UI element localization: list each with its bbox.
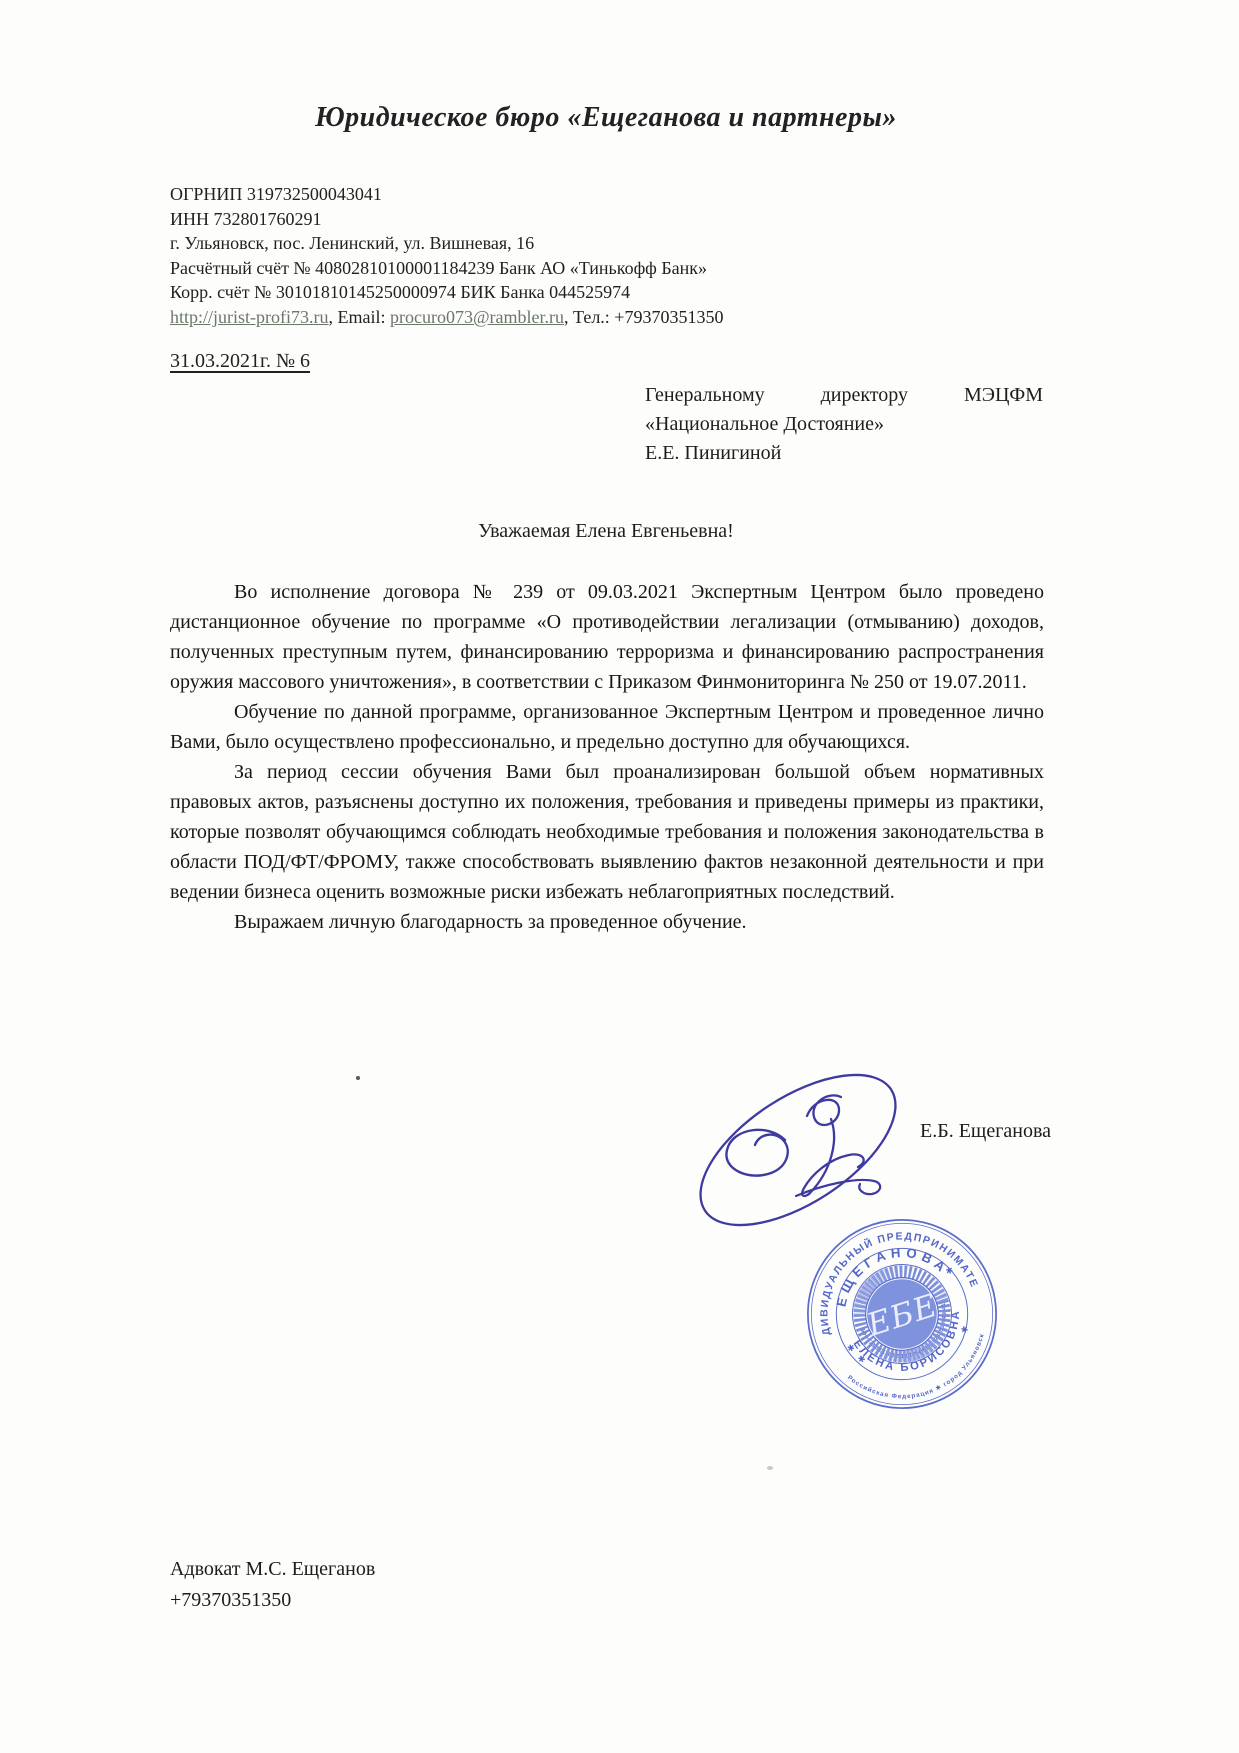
date-number-line: 31.03.2021г. № 6 bbox=[170, 350, 310, 373]
letterhead-inn: ИНН 732801760291 bbox=[170, 207, 930, 232]
stamp-star-3: ✱ bbox=[944, 1265, 954, 1277]
signatory-name: Е.Б. Ещеганова bbox=[920, 1120, 1051, 1143]
letterhead-address: г. Ульяновск, пос. Ленинский, ул. Вишнев… bbox=[170, 231, 930, 256]
website-link[interactable]: http://jurist-profi73.ru bbox=[170, 307, 328, 327]
salutation: Уважаемая Елена Евгеньевна! bbox=[170, 520, 1042, 543]
scan-artifact-dot bbox=[356, 1076, 360, 1080]
date-number-text: 31.03.2021г. № 6 bbox=[170, 350, 310, 372]
email-link[interactable]: procuro073@rambler.ru bbox=[390, 307, 564, 327]
footer-lawyer-name: Адвокат М.С. Ещеганов bbox=[170, 1554, 375, 1585]
letterhead-corr-account: Корр. счёт № 30101810145250000974 БИК Ба… bbox=[170, 280, 930, 305]
round-stamp: Российская Федерация ✱ город Ульяновск И… bbox=[804, 1216, 1000, 1412]
signature-top-curl bbox=[807, 1095, 841, 1125]
paragraph-1: Во исполнение договора № 239 от 09.03.20… bbox=[170, 577, 1044, 697]
email-label: , Email: bbox=[328, 307, 390, 327]
footer-phone: +79370351350 bbox=[170, 1585, 375, 1616]
scan-artifact-smudge bbox=[767, 1466, 773, 1470]
recipient-name: Е.Е. Пинигиной bbox=[645, 439, 1043, 468]
paragraph-4: Выражаем личную благодарность за проведе… bbox=[170, 907, 1044, 937]
letterhead-ogrnip: ОГРНИП 319732500043041 bbox=[170, 182, 930, 207]
paragraph-3: За период сессии обучения Вами был проан… bbox=[170, 757, 1044, 907]
signature-loop bbox=[726, 1130, 787, 1176]
handwritten-signature bbox=[688, 1066, 910, 1238]
letterhead-block: ОГРНИП 319732500043041 ИНН 732801760291 … bbox=[170, 182, 930, 330]
footer-block: Адвокат М.С. Ещеганов +79370351350 bbox=[170, 1554, 375, 1616]
letter-page: Юридическое бюро «Ещеганова и партнеры» … bbox=[0, 0, 1239, 1753]
letterhead-title: Юридическое бюро «Ещеганова и партнеры» bbox=[170, 102, 1042, 134]
letter-body: Во исполнение договора № 239 от 09.03.20… bbox=[170, 577, 1044, 937]
signature-ellipse bbox=[688, 1066, 910, 1238]
paragraph-2: Обучение по данной программе, организова… bbox=[170, 697, 1044, 757]
letterhead-settlement-account: Расчётный счёт № 40802810100001184239 Ба… bbox=[170, 256, 930, 281]
letterhead-contacts-line: http://jurist-profi73.ru, Email: procuro… bbox=[170, 305, 930, 330]
stamp-star-4: ✱ bbox=[960, 1324, 970, 1336]
phone-text: , Тел.: +79370351350 bbox=[564, 307, 723, 327]
recipient-position: Генеральному директору МЭЦФМ bbox=[645, 381, 1043, 410]
recipient-block: Генеральному директору МЭЦФМ «Национальн… bbox=[645, 381, 1043, 468]
recipient-organization: «Национальное Достояние» bbox=[645, 410, 1043, 439]
